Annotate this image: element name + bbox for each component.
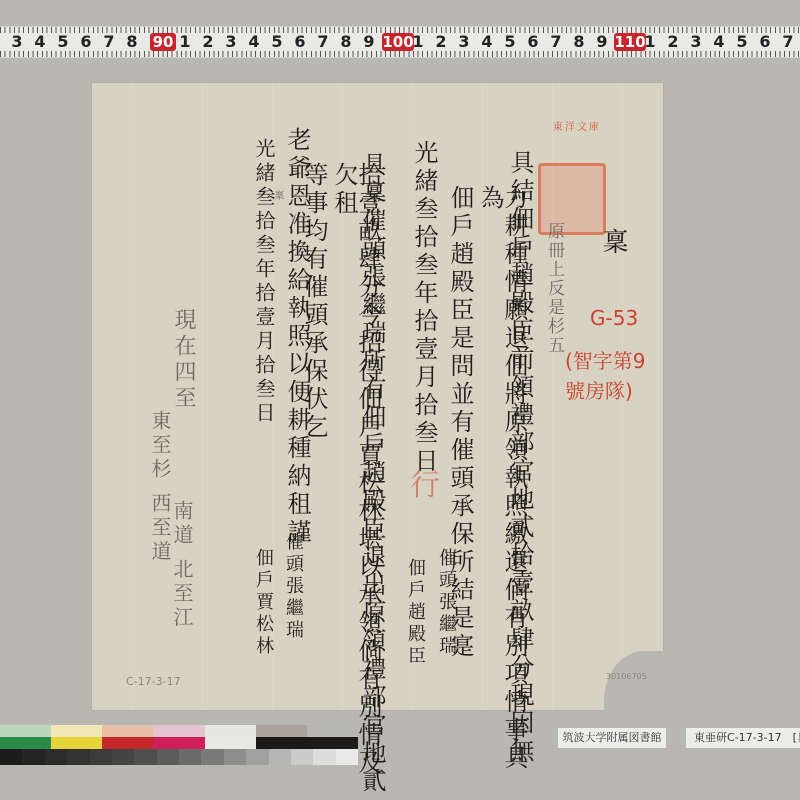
text-column-2: 力耕種情願退佃將原領執照繳還倘有別項情事具為 — [478, 185, 526, 800]
swatch-white — [205, 725, 256, 737]
ruler-label: 4 — [30, 32, 50, 51]
ruler-label: 4 — [709, 32, 729, 51]
pencil-margin-note: 原冊上反是杉五 — [545, 222, 562, 355]
swatch-yellow — [51, 737, 102, 749]
document-heading: 稟 — [600, 228, 626, 258]
catalog-label: 東亜研C-17-3-17 [具結・ — [686, 728, 800, 748]
signature-headman-right: 催頭張繼瑞 — [437, 548, 455, 658]
color-row-saturated — [0, 737, 358, 749]
ruler-ticks-bottom — [0, 51, 800, 57]
ruler-major-label: 90 — [150, 33, 176, 51]
ruler-label: 2 — [663, 32, 683, 51]
ruler-label: 4 — [244, 32, 264, 51]
text-column-5: 拾壹畝肆分今招得佃戶賈松林堪以承領倘有別情及欠租 — [332, 162, 380, 800]
ruler-label: 7 — [546, 32, 566, 51]
swatch-magenta — [153, 737, 204, 749]
text-column-7: 老爺恩准換給執照以便耕種納租謹 — [285, 127, 309, 547]
date-column-left: 光緒叁拾叁年拾壹月拾叁日 — [254, 138, 274, 426]
ruler-label: 3 — [686, 32, 706, 51]
ruler-label: 3 — [221, 32, 241, 51]
institution-label: 筑波大学附属図書館 — [558, 728, 666, 748]
swatch-light-green — [0, 725, 51, 737]
catalog-number-pencil: C-17-3-17 — [126, 675, 181, 688]
pencil-note-boundaries-east-west: 東至杉 西至道 — [150, 410, 170, 564]
ruler-label: 5 — [267, 32, 287, 51]
swatch-cool-gray — [307, 725, 358, 737]
ruler-label: 9 — [359, 32, 379, 51]
color-row-pastel — [0, 725, 358, 737]
ruler-label: 1 — [408, 32, 428, 51]
color-calibration-chart — [0, 725, 358, 765]
ruler-label: 8 — [122, 32, 142, 51]
swatch-warm-gray — [256, 725, 307, 737]
ruler-label: 1 — [175, 32, 195, 51]
ruler-label: 6 — [290, 32, 310, 51]
ruler-label: 5 — [53, 32, 73, 51]
ruler-label: 8 — [569, 32, 589, 51]
ruler-label: 7 — [778, 32, 798, 51]
ruler-label: 6 — [523, 32, 543, 51]
pencil-note-boundaries-title: 現在四至 — [172, 308, 194, 412]
swatch-light-orange — [102, 725, 153, 737]
red-note-line-1: (智字第9 — [565, 345, 646, 374]
torn-corner — [604, 651, 664, 711]
pencil-note-boundaries-south-north: 南道 北至江 — [172, 500, 192, 630]
signature-tenant-right: 佃戶趙殿臣 — [406, 558, 424, 668]
ruler-label: 4 — [477, 32, 497, 51]
measuring-ruler: 3 4 5 6 7 8 9 90 1 2 3 4 5 6 7 8 9 100 1… — [0, 26, 800, 58]
ruler-label: 5 — [500, 32, 520, 51]
ruler-label: 7 — [313, 32, 333, 51]
date-column-right: 光緒叁拾叁年拾壹月拾叁日 — [412, 140, 436, 476]
library-stamp-caption: 東洋文庫 — [553, 118, 601, 133]
ruler-label: 3 — [454, 32, 474, 51]
signature-tenant-left: 佃戶賈松林 — [254, 548, 272, 658]
ruler-label: 2 — [431, 32, 451, 51]
ruler-label: 7 — [99, 32, 119, 51]
ruler-label: 6 — [755, 32, 775, 51]
red-note-code: G-53 — [590, 306, 638, 330]
archival-scan-viewer: 3 4 5 6 7 8 9 90 1 2 3 4 5 6 7 8 9 100 1… — [0, 0, 800, 800]
swatch-black — [256, 737, 307, 749]
pencil-small-mark: 稟 — [272, 190, 282, 204]
ruler-label: 2 — [198, 32, 218, 51]
swatch-black-2 — [307, 737, 358, 749]
swatch-light-pink — [153, 725, 204, 737]
red-note-line-2: 號房隊) — [565, 375, 633, 404]
ruler-label: 1 — [640, 32, 660, 51]
ruler-label: 6 — [76, 32, 96, 51]
ruler-label: 9 — [592, 32, 612, 51]
signature-headman-left: 催頭張繼瑞 — [284, 532, 302, 642]
gray-scale-steps — [0, 749, 358, 765]
swatch-white-2 — [205, 737, 256, 749]
ruler-label: 8 — [336, 32, 356, 51]
ruler-label: 5 — [732, 32, 752, 51]
red-check-mark: 行 — [410, 460, 440, 504]
swatch-light-yellow — [51, 725, 102, 737]
ruler-label: 3 — [7, 32, 27, 51]
catalog-number-stamp: 30106705 — [606, 672, 647, 681]
swatch-green — [0, 737, 51, 749]
swatch-red — [102, 737, 153, 749]
